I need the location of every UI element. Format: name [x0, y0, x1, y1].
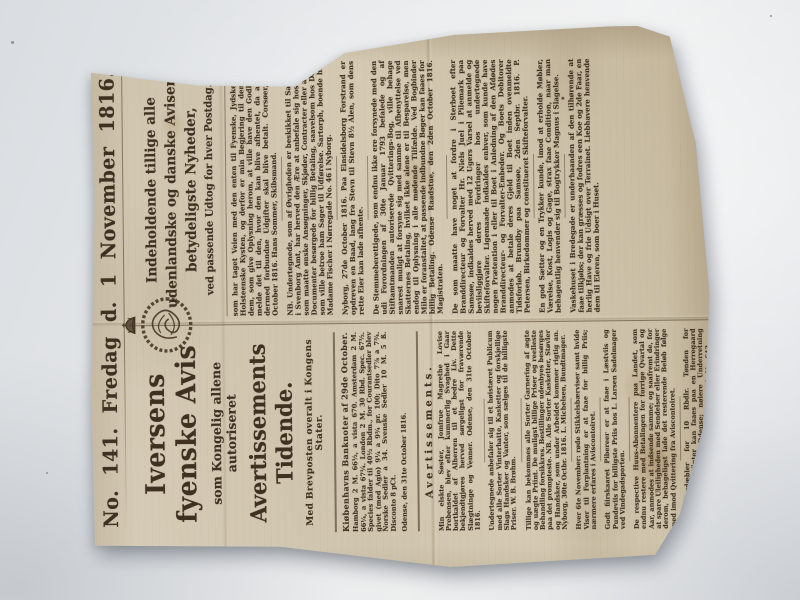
- newspaper-title: Iversens fyenske Avis: [139, 334, 204, 535]
- masthead-subtitle-block: Indeholdende tillige alleudenlandske og …: [140, 62, 221, 317]
- public-notice: Nyborg, 27de October 1816. Paa Einsidels…: [335, 61, 366, 315]
- exchange-rates-dateline: Odense, den 31te October 1816.: [398, 331, 408, 531]
- public-notice: De Stemmeberettigede, som endnu ikke ere…: [366, 60, 445, 315]
- advertisement: Hver 6te November: røde Stikkelsbærviser…: [570, 329, 598, 529]
- masthead-subtitle-line: ved passende Udtog for hver Postdag.: [200, 62, 221, 316]
- advertisement: Min elskte Søster, Jomfrue Magrethe Lovi…: [436, 331, 482, 531]
- surface-speck: [46, 472, 48, 474]
- advertisements-heading: Avertissements.: [422, 331, 435, 531]
- issue-date-line: No. 141. Fredag d. 1 November 1816.: [95, 63, 123, 534]
- section-rule: [415, 331, 419, 531]
- newspaper-page: No. 141. Fredag d. 1 November 1816. Iver…: [88, 25, 714, 576]
- advertisements-list: Min elskte Søster, Jomfrue Magrethe Lovi…: [436, 328, 779, 532]
- masthead-title-block: Iversens fyenske Avis som Kongelig allen…: [141, 332, 326, 534]
- newspaper-sheet: No. 141. Fredag d. 1 November 1816. Iver…: [90, 26, 712, 576]
- public-notice: som har taget Veien med den enten til Fy…: [229, 62, 280, 316]
- public-notice: NB. Undertegnede, som af Øvrigheden er b…: [280, 61, 335, 316]
- public-notice: Vaskehuset i Bredegade er underhaanden a…: [563, 58, 602, 312]
- exchange-rates-heading: Kiøbenhavns Banknoter af 29de October.: [339, 332, 351, 532]
- notices-list: som har taget Veien med den enten til Fy…: [229, 58, 602, 316]
- newspaper-title-line3: Avertissements Tidende.: [243, 333, 298, 534]
- exchange-rates-text: Hamborg 2 M. 66½, a vista 670. Amsterdam…: [351, 332, 399, 532]
- advertisement: Gode Jordæbler for 10 Rbdlr. Tønden for …: [679, 328, 714, 528]
- section-rule: [333, 332, 337, 532]
- printed-page: No. 141. Fredag d. 1 November 1816. Iver…: [88, 25, 714, 576]
- newspaper-title-line4: Med Brevposten overalt i Kongens Stater.: [304, 332, 326, 532]
- photo-scene: No. 141. Fredag d. 1 November 1816. Iver…: [0, 0, 800, 600]
- left-column: Iversens fyenske Avis som Kongelig allen…: [129, 320, 779, 535]
- page-columns: Iversens fyenske Avis som Kongelig allen…: [126, 57, 779, 535]
- surface-speck: [770, 15, 772, 17]
- advertisement: Til Maskeraden i Svenborg, Vintehaven de…: [715, 328, 743, 528]
- section-rule: [224, 62, 228, 316]
- right-column: Indeholdende tillige alleudenlandske og …: [126, 57, 777, 326]
- public-notice: En god Sætter og en Trykker kunde, imod …: [532, 59, 563, 313]
- newspaper-title-line2: som Kongelig allene autoriseret: [208, 333, 240, 533]
- advertisement: Tillige kan bekommes alle Sorter Garneri…: [519, 330, 569, 530]
- advertisement: Undertegnede anbefaler sig til et høistæ…: [483, 330, 518, 530]
- surface-speck: [11, 41, 14, 44]
- advertisement: De respective Huus-Abonnentere paa Lande…: [628, 329, 678, 529]
- public-notice: De som maatte have noget at fordre i Ste…: [445, 59, 532, 314]
- advertisement: Godt fiirskaaret Pibereer er at faae i L…: [599, 329, 627, 529]
- advertisement: Den 27de dennes er bortdreven fra Baadeh…: [744, 328, 779, 528]
